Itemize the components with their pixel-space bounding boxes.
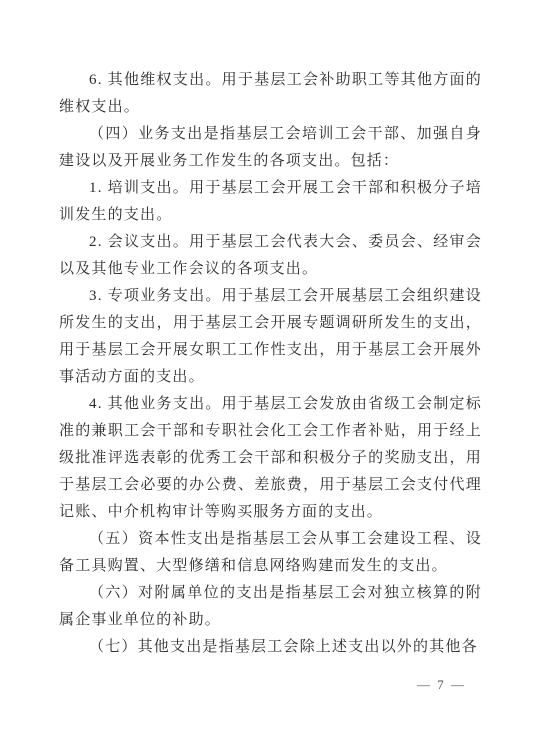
paragraph: （六）对附属单位的支出是指基层工会对独立核算的附属企事业单位的补助。 xyxy=(59,580,482,634)
paragraph: （四）业务支出是指基层工会培训工会干部、加强自身建设以及开展业务工作发生的各项支… xyxy=(59,121,482,175)
document-page: 6. 其他维权支出。用于基层工会补助职工等其他方面的维权支出。（四）业务支出是指… xyxy=(0,0,554,756)
paragraph: （五）资本性支出是指基层工会从事工会建设工程、设备工具购置、大型修缮和信息网络购… xyxy=(59,526,482,580)
paragraph: （七）其他支出是指基层工会除上述支出以外的其他各 xyxy=(59,634,482,661)
page-number: — 7 — xyxy=(404,677,479,693)
document-body: 6. 其他维权支出。用于基层工会补助职工等其他方面的维权支出。（四）业务支出是指… xyxy=(59,67,482,661)
paragraph: 1. 培训支出。用于基层工会开展工会干部和积极分子培训发生的支出。 xyxy=(59,175,482,229)
paragraph: 2. 会议支出。用于基层工会代表大会、委员会、经审会以及其他专业工作会议的各项支… xyxy=(59,229,482,283)
paragraph: 4. 其他业务支出。用于基层工会发放由省级工会制定标准的兼职工会干部和专职社会化… xyxy=(59,391,482,526)
paragraph: 3. 专项业务支出。用于基层工会开展基层工会组织建设所发生的支出，用于基层工会开… xyxy=(59,283,482,391)
paragraph: 6. 其他维权支出。用于基层工会补助职工等其他方面的维权支出。 xyxy=(59,67,482,121)
